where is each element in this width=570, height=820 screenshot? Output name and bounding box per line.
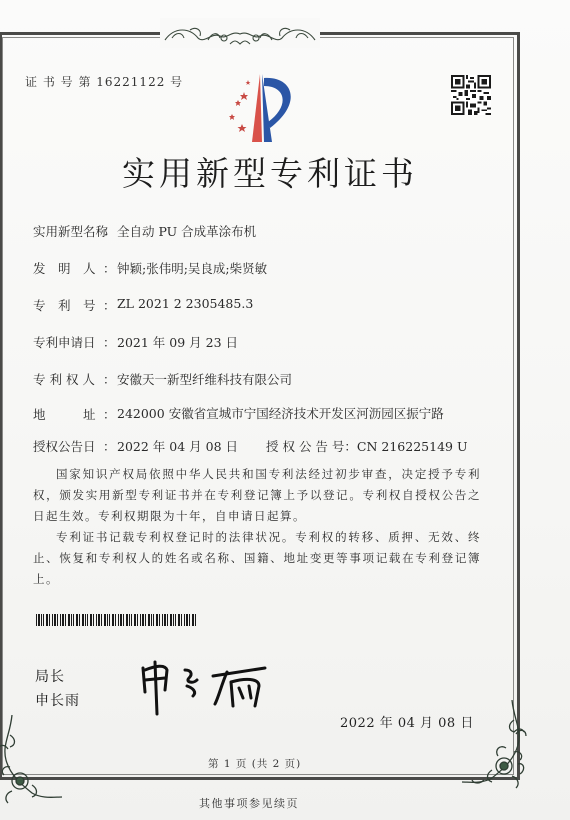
page-number: 第 1 页 (共 2 页) <box>208 756 301 771</box>
field-address: 地 址：242000 安徽省宣城市宁国经济技术开发区河沥园区振宁路 <box>33 405 457 423</box>
field-value: ZL 2021 2 2305485.3 <box>117 296 253 311</box>
field-value: 安徽天一新型纤维科技有限公司 <box>117 370 292 388</box>
field-patent-number: 专 利 号：ZL 2021 2 2305485.3 <box>33 296 253 314</box>
cnipa-logo-icon <box>212 72 302 144</box>
issue-date: 2022 年 04 月 08 日 <box>340 712 474 731</box>
field-grant-announcement-number: 授 权 公 告 号：CN 216225149 U <box>266 437 467 455</box>
field-label: 专 利 权 人 <box>33 370 103 388</box>
field-label: 授 权 公 告 号 <box>266 439 344 454</box>
legal-paragraph-1: 国家知识产权局依照中华人民共和国专利法经过初步审查，决定授予专利权，颁发实用新型… <box>33 464 481 527</box>
field-inventors: 发 明 人：钟颖;张伟明;吴良成;柴贤敏 <box>33 259 267 277</box>
field-value: 2022 年 04 月 08 日 <box>117 437 238 455</box>
footer-note: 其他事项参见续页 <box>199 795 299 811</box>
certificate-title: 实用新型专利证书 <box>120 148 420 195</box>
director-title: 局长 <box>35 666 65 686</box>
field-application-date: 专利申请日：2021 年 09 月 23 日 <box>33 333 238 351</box>
legal-paragraph-2: 专利证书记载专利权登记时的法律状况。专利权的转移、质押、无效、终止、恢复和专利权… <box>33 527 481 590</box>
field-value: CN 216225149 U <box>357 439 468 454</box>
field-label: 授权公告日 <box>33 437 103 455</box>
signature <box>135 656 275 716</box>
director-name: 申长雨 <box>35 690 80 710</box>
field-label: 实用新型名称 <box>33 222 103 240</box>
certificate-number: 证 书 号 第 16221122 号 <box>25 73 183 90</box>
field-label: 地 址 <box>33 405 103 423</box>
field-value: 242000 安徽省宣城市宁国经济技术开发区河沥园区振宁路 <box>117 405 457 423</box>
barcode <box>36 614 196 626</box>
field-label: 专利申请日 <box>33 333 103 351</box>
field-utility-model-name: 实用新型名称：全自动 PU 合成革涂布机 <box>33 222 256 240</box>
field-label: 专 利 号 <box>33 296 103 314</box>
qr-code <box>451 74 491 116</box>
certificate-page: 证 书 号 第 16221122 号 实用新型专利证书 <box>0 0 570 820</box>
field-patentee: 专 利 权 人：安徽天一新型纤维科技有限公司 <box>33 370 292 388</box>
field-label: 发 明 人 <box>33 259 103 277</box>
corner-ornament-icon <box>462 700 532 795</box>
field-grant-date: 授权公告日：2022 年 04 月 08 日 <box>33 437 238 455</box>
corner-ornament-icon <box>0 715 62 810</box>
field-value: 钟颖;张伟明;吴良成;柴贤敏 <box>117 259 267 277</box>
field-value: 2021 年 09 月 23 日 <box>117 333 238 351</box>
top-ornament-icon <box>160 18 320 48</box>
field-value: 全自动 PU 合成革涂布机 <box>117 222 256 240</box>
